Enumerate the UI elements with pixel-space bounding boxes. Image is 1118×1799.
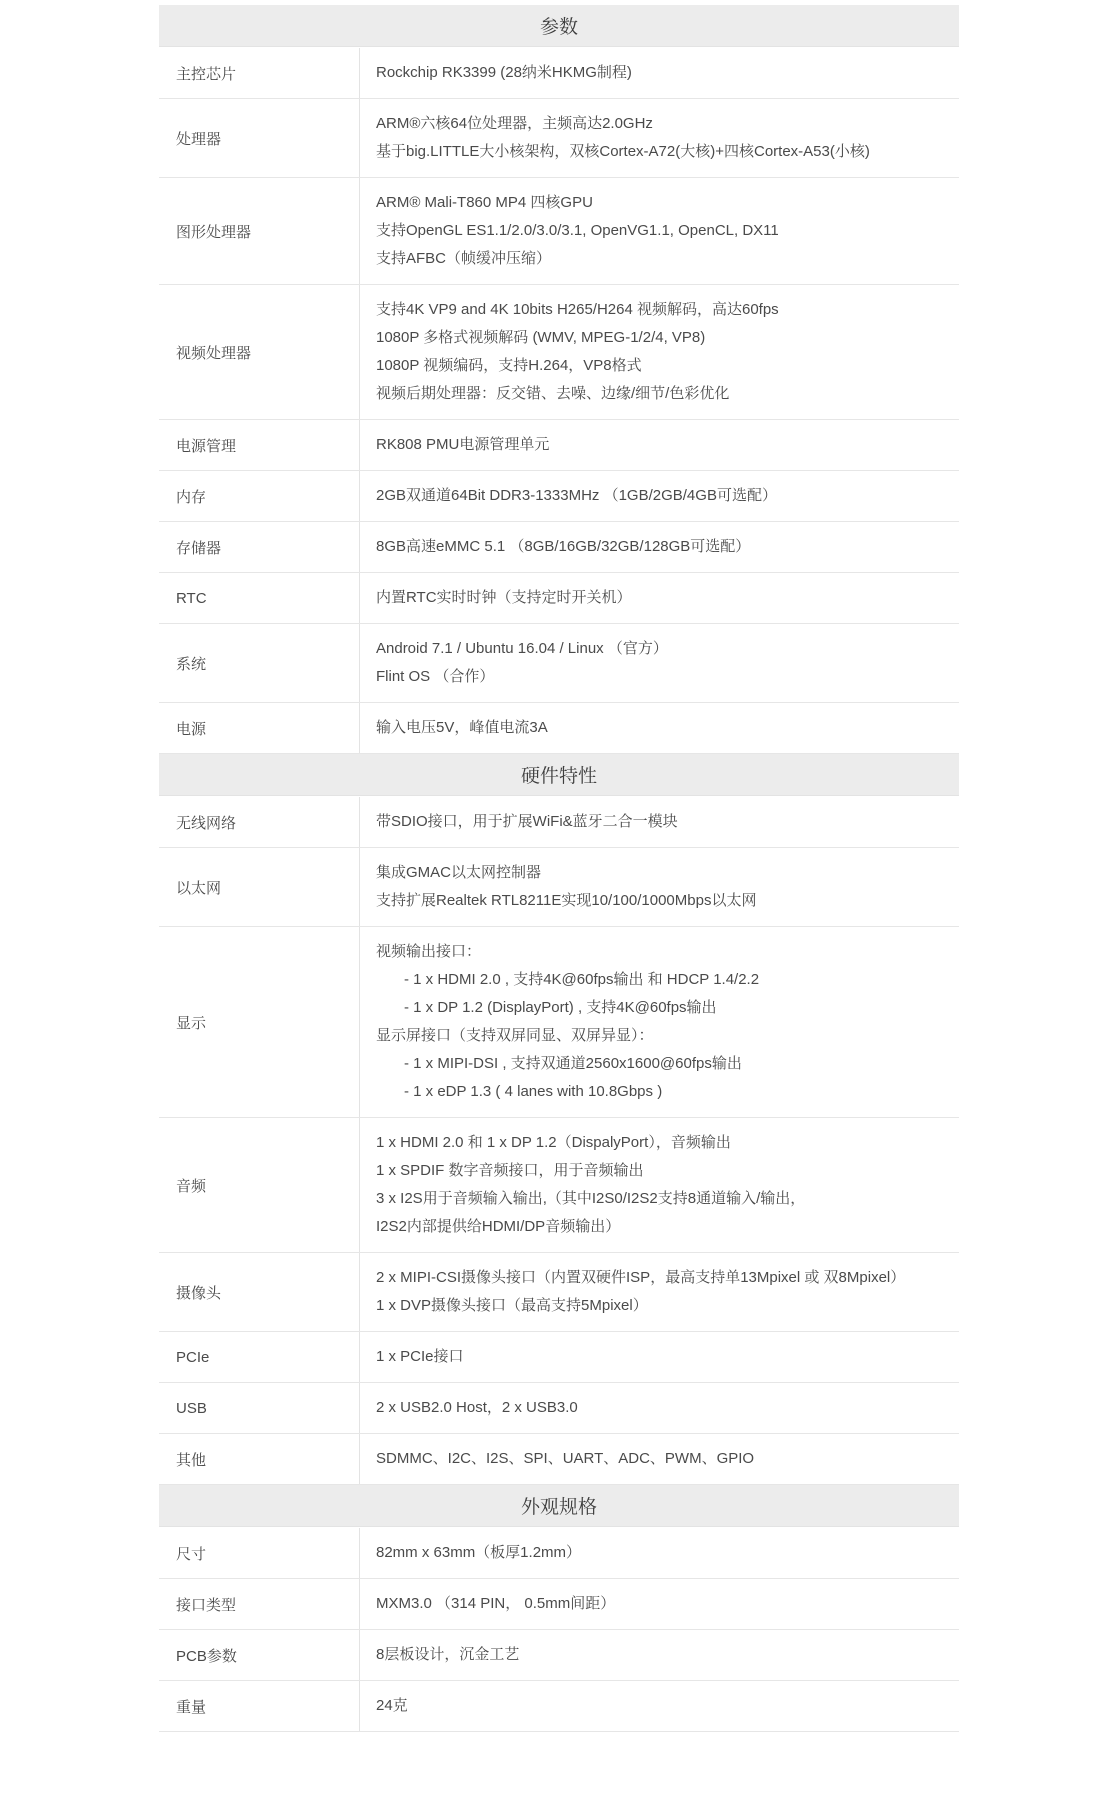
value-line: 集成GMAC以太网控制器 — [376, 859, 939, 887]
row-label: 无线网络 — [159, 797, 360, 847]
section-title: 参数 — [540, 12, 578, 39]
row-value: 1 x HDMI 2.0 和 1 x DP 1.2（DispalyPort），音… — [360, 1118, 959, 1252]
table-row: 无线网络带SDIO接口，用于扩展WiFi&蓝牙二合一模块 — [159, 797, 959, 848]
value-line: MXM3.0 （314 PIN， 0.5mm间距） — [376, 1590, 939, 1618]
value-line: 3 x I2S用于音频输入输出,（其中I2S0/I2S2支持8通道输入/输出， — [376, 1185, 939, 1213]
value-line: Android 7.1 / Ubuntu 16.04 / Linux （官方） — [376, 635, 939, 663]
row-value: 内置RTC实时时钟（支持定时开关机） — [360, 573, 959, 623]
row-value: 1 x PCIe接口 — [360, 1332, 959, 1382]
row-label: 内存 — [159, 471, 360, 521]
row-label: 摄像头 — [159, 1253, 360, 1331]
value-line: ARM® Mali-T860 MP4 四核GPU — [376, 189, 939, 217]
table-row: 系统Android 7.1 / Ubuntu 16.04 / Linux （官方… — [159, 624, 959, 703]
value-line: 1080P 多格式视频解码 (WMV, MPEG-1/2/4, VP8) — [376, 324, 939, 352]
value-line: 支持4K VP9 and 4K 10bits H265/H264 视频解码，高达… — [376, 296, 939, 324]
value-line: 支持AFBC（帧缓冲压缩） — [376, 245, 939, 273]
value-line: - 1 x DP 1.2 (DisplayPort) , 支持4K@60fps输… — [376, 994, 939, 1022]
row-label: 重量 — [159, 1681, 360, 1731]
section-header: 硬件特性 — [159, 754, 959, 796]
row-value: 输入电压5V，峰值电流3A — [360, 703, 959, 753]
value-line: 24克 — [376, 1692, 939, 1720]
row-value: 82mm x 63mm（板厚1.2mm） — [360, 1528, 959, 1578]
table-row: RTC内置RTC实时时钟（支持定时开关机） — [159, 573, 959, 624]
value-line: 1 x PCIe接口 — [376, 1343, 939, 1371]
row-label: USB — [159, 1383, 360, 1433]
value-line: - 1 x HDMI 2.0 , 支持4K@60fps输出 和 HDCP 1.4… — [376, 966, 939, 994]
value-line: 视频输出接口： — [376, 938, 939, 966]
value-line: 显示屏接口（支持双屏同显、双屏异显）： — [376, 1022, 939, 1050]
spec-table: 参数主控芯片Rockchip RK3399 (28纳米HKMG制程)处理器ARM… — [159, 5, 959, 1732]
row-value: 8GB高速eMMC 5.1 （8GB/16GB/32GB/128GB可选配） — [360, 522, 959, 572]
value-line: ARM®六核64位处理器，主频高达2.0GHz — [376, 110, 939, 138]
row-value: ARM® Mali-T860 MP4 四核GPU支持OpenGL ES1.1/2… — [360, 178, 959, 284]
value-line: 2GB双通道64Bit DDR3-1333MHz （1GB/2GB/4GB可选配… — [376, 482, 939, 510]
value-line: Flint OS （合作） — [376, 663, 939, 691]
row-label: 显示 — [159, 927, 360, 1117]
section-title: 硬件特性 — [521, 761, 597, 788]
row-value: Android 7.1 / Ubuntu 16.04 / Linux （官方）F… — [360, 624, 959, 702]
row-value: RK808 PMU电源管理单元 — [360, 420, 959, 470]
table-row: 音频1 x HDMI 2.0 和 1 x DP 1.2（DispalyPort）… — [159, 1118, 959, 1253]
row-label: 系统 — [159, 624, 360, 702]
row-label: 接口类型 — [159, 1579, 360, 1629]
value-line: 2 x MIPI-CSI摄像头接口（内置双硬件ISP，最高支持单13Mpixel… — [376, 1264, 939, 1292]
table-row: 重量24克 — [159, 1681, 959, 1732]
value-line: - 1 x eDP 1.3 ( 4 lanes with 10.8Gbps ) — [376, 1078, 939, 1106]
table-row: 显示视频输出接口：- 1 x HDMI 2.0 , 支持4K@60fps输出 和… — [159, 927, 959, 1118]
table-row: 内存2GB双通道64Bit DDR3-1333MHz （1GB/2GB/4GB可… — [159, 471, 959, 522]
section-title: 外观规格 — [521, 1492, 597, 1519]
table-row: 存储器8GB高速eMMC 5.1 （8GB/16GB/32GB/128GB可选配… — [159, 522, 959, 573]
row-label: 存储器 — [159, 522, 360, 572]
value-line: RK808 PMU电源管理单元 — [376, 431, 939, 459]
value-line: 8GB高速eMMC 5.1 （8GB/16GB/32GB/128GB可选配） — [376, 533, 939, 561]
row-value: 2GB双通道64Bit DDR3-1333MHz （1GB/2GB/4GB可选配… — [360, 471, 959, 521]
row-value: 带SDIO接口，用于扩展WiFi&蓝牙二合一模块 — [360, 797, 959, 847]
value-line: I2S2内部提供给HDMI/DP音频输出） — [376, 1213, 939, 1241]
value-line: 支持扩展Realtek RTL8211E实现10/100/1000Mbps以太网 — [376, 887, 939, 915]
value-line: 1 x HDMI 2.0 和 1 x DP 1.2（DispalyPort），音… — [376, 1129, 939, 1157]
table-row: 处理器ARM®六核64位处理器，主频高达2.0GHz基于big.LITTLE大小… — [159, 99, 959, 178]
row-value: 集成GMAC以太网控制器支持扩展Realtek RTL8211E实现10/100… — [360, 848, 959, 926]
value-line: 输入电压5V，峰值电流3A — [376, 714, 939, 742]
row-value: ARM®六核64位处理器，主频高达2.0GHz基于big.LITTLE大小核架构… — [360, 99, 959, 177]
row-label: 电源管理 — [159, 420, 360, 470]
row-label: RTC — [159, 573, 360, 623]
value-line: SDMMC、I2C、I2S、SPI、UART、ADC、PWM、GPIO — [376, 1445, 939, 1473]
value-line: 2 x USB2.0 Host，2 x USB3.0 — [376, 1394, 939, 1422]
table-row: 尺寸82mm x 63mm（板厚1.2mm） — [159, 1528, 959, 1579]
value-line: 1 x SPDIF 数字音频接口，用于音频输出 — [376, 1157, 939, 1185]
table-row: 接口类型MXM3.0 （314 PIN， 0.5mm间距） — [159, 1579, 959, 1630]
table-row: 电源输入电压5V，峰值电流3A — [159, 703, 959, 754]
table-row: PCB参数8层板设计，沉金工艺 — [159, 1630, 959, 1681]
row-label: 音频 — [159, 1118, 360, 1252]
row-value: 24克 — [360, 1681, 959, 1731]
row-value: 支持4K VP9 and 4K 10bits H265/H264 视频解码，高达… — [360, 285, 959, 419]
value-line: 支持OpenGL ES1.1/2.0/3.0/3.1, OpenVG1.1, O… — [376, 217, 939, 245]
value-line: 基于big.LITTLE大小核架构，双核Cortex-A72(大核)+四核Cor… — [376, 138, 939, 166]
table-row: 图形处理器ARM® Mali-T860 MP4 四核GPU支持OpenGL ES… — [159, 178, 959, 285]
table-row: 主控芯片Rockchip RK3399 (28纳米HKMG制程) — [159, 48, 959, 99]
value-line: - 1 x MIPI-DSI , 支持双通道2560x1600@60fps输出 — [376, 1050, 939, 1078]
table-row: USB2 x USB2.0 Host，2 x USB3.0 — [159, 1383, 959, 1434]
value-line: 内置RTC实时时钟（支持定时开关机） — [376, 584, 939, 612]
row-label: 视频处理器 — [159, 285, 360, 419]
table-row: 摄像头2 x MIPI-CSI摄像头接口（内置双硬件ISP，最高支持单13Mpi… — [159, 1253, 959, 1332]
table-row: 电源管理RK808 PMU电源管理单元 — [159, 420, 959, 471]
row-label: 尺寸 — [159, 1528, 360, 1578]
value-line: Rockchip RK3399 (28纳米HKMG制程) — [376, 59, 939, 87]
row-label: 图形处理器 — [159, 178, 360, 284]
row-label: 其他 — [159, 1434, 360, 1484]
row-value: 视频输出接口：- 1 x HDMI 2.0 , 支持4K@60fps输出 和 H… — [360, 927, 959, 1117]
section-header: 参数 — [159, 5, 959, 47]
table-row: 以太网集成GMAC以太网控制器支持扩展Realtek RTL8211E实现10/… — [159, 848, 959, 927]
row-label: 处理器 — [159, 99, 360, 177]
row-label: PCB参数 — [159, 1630, 360, 1680]
row-label: 主控芯片 — [159, 48, 360, 98]
row-value: 2 x USB2.0 Host，2 x USB3.0 — [360, 1383, 959, 1433]
value-line: 1080P 视频编码，支持H.264，VP8格式 — [376, 352, 939, 380]
value-line: 82mm x 63mm（板厚1.2mm） — [376, 1539, 939, 1567]
row-value: Rockchip RK3399 (28纳米HKMG制程) — [360, 48, 959, 98]
row-value: 8层板设计，沉金工艺 — [360, 1630, 959, 1680]
value-line: 带SDIO接口，用于扩展WiFi&蓝牙二合一模块 — [376, 808, 939, 836]
table-row: PCIe1 x PCIe接口 — [159, 1332, 959, 1383]
row-label: 以太网 — [159, 848, 360, 926]
value-line: 8层板设计，沉金工艺 — [376, 1641, 939, 1669]
table-row: 视频处理器支持4K VP9 and 4K 10bits H265/H264 视频… — [159, 285, 959, 420]
row-value: 2 x MIPI-CSI摄像头接口（内置双硬件ISP，最高支持单13Mpixel… — [360, 1253, 959, 1331]
row-value: MXM3.0 （314 PIN， 0.5mm间距） — [360, 1579, 959, 1629]
row-label: 电源 — [159, 703, 360, 753]
value-line: 1 x DVP摄像头接口（最高支持5Mpixel） — [376, 1292, 939, 1320]
table-row: 其他SDMMC、I2C、I2S、SPI、UART、ADC、PWM、GPIO — [159, 1434, 959, 1485]
row-value: SDMMC、I2C、I2S、SPI、UART、ADC、PWM、GPIO — [360, 1434, 959, 1484]
value-line: 视频后期处理器：反交错、去噪、边缘/细节/色彩优化 — [376, 380, 939, 408]
row-label: PCIe — [159, 1332, 360, 1382]
section-header: 外观规格 — [159, 1485, 959, 1527]
